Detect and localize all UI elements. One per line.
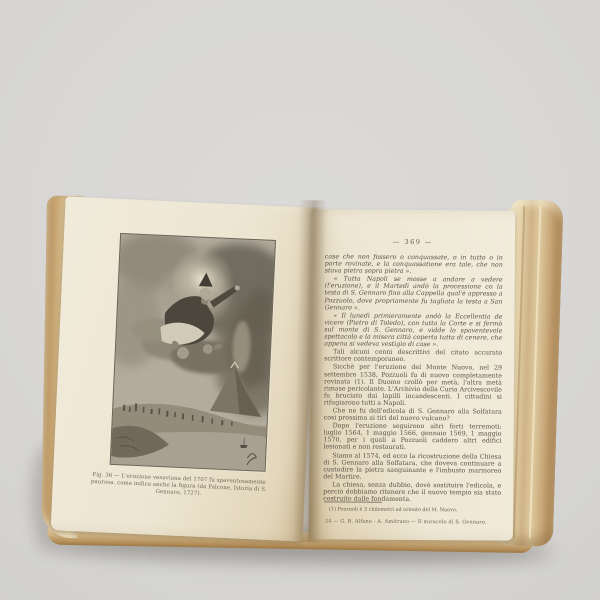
footnote: (1) Pozzuoli è 3 chilometri ad oriente d… bbox=[329, 506, 501, 513]
body-paragraph: Dopo l'eruzione seguirono altri forti te… bbox=[323, 423, 501, 453]
body-paragraph: « Il lunedì primieramente andò la Eccell… bbox=[324, 312, 502, 349]
right-page-content: — 369 — case che non fossero o conquassa… bbox=[309, 209, 515, 540]
open-book: Fig. 36 — L'eruzione vesuviana del 1707 … bbox=[33, 193, 563, 554]
photo-background: { "book": { "left_page": { "figure": { "… bbox=[0, 0, 600, 600]
body-paragraph: La chiesa, senza dubbio, dovè sostituire… bbox=[323, 481, 501, 504]
body-paragraph: Siamo al 1574, ed ecco la ricostruzione … bbox=[323, 452, 501, 482]
body-paragraph: Che ne fu dell'edicola di S. Gennaro all… bbox=[324, 407, 502, 422]
figure-caption: Fig. 36 — L'eruzione vesuviana del 1707 … bbox=[80, 471, 277, 500]
footnote-rule bbox=[324, 501, 382, 502]
body-text: case che non fossero o conquassate, o in… bbox=[323, 253, 503, 504]
body-paragraph: Sicchè per l'eruzione del Monte Nuovo, n… bbox=[324, 364, 502, 408]
body-paragraph: Tali alcuni cenni descrittivi del citato… bbox=[324, 349, 502, 364]
body-paragraph: case che non fossero o conquassate, o in… bbox=[325, 253, 503, 276]
body-paragraph: « Tutta Napoli se mosse a andare a veder… bbox=[324, 276, 502, 313]
footnote-block: (1) Pozzuoli è 3 chilometri ad oriente d… bbox=[323, 501, 501, 525]
page-number: — 369 — bbox=[311, 237, 515, 246]
signature-line: 24 — G. B. Alfano - A. Amitrano — Il mir… bbox=[325, 518, 501, 525]
engraving-figure bbox=[110, 233, 276, 472]
san-gennaro-vesuvius-engraving-image bbox=[111, 234, 275, 471]
right-page: — 369 — case che non fossero o conquassa… bbox=[309, 209, 515, 540]
leaf-edge-line bbox=[529, 206, 541, 538]
left-page: Fig. 36 — L'eruzione vesuviana del 1707 … bbox=[51, 196, 318, 541]
